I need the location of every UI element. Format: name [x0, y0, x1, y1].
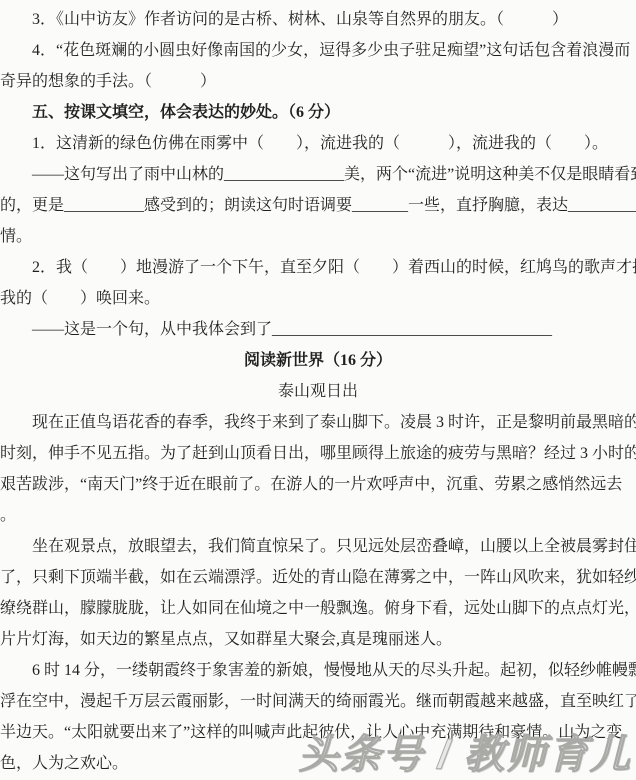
question-4-line-1: 4．“花色斑斓的小圆虫好像南国的少女，逗得多少虫子驻足痴望”这句话包含着浪漫而 [0, 35, 636, 66]
essay-para-2-line-4: 片片灯海，如天边的繁星点点，又如群星大聚会,真是瑰丽迷人。 [0, 624, 636, 655]
essay-para-3-line-4: 色，人为之欢心。 [0, 748, 636, 779]
essay-para-2-line-2: 了，只剩下顶端半截，如在云端漂浮。近处的青山隐在薄雾之中，一阵山风吹来，犹如轻纱 [0, 562, 636, 593]
essay-para-3-line-2: 浮在空中，漫起千万层云霞丽影，一时间满天的绮丽霞光。继而朝霞越来越盛，直至映红了 [0, 686, 636, 717]
fill-blank-2-note: ——这是一个句，从中我体会到了_________________________… [0, 314, 636, 345]
fill-blank-2-line-2: 我的（ ）唤回来。 [0, 283, 636, 314]
essay-para-1-line-2: 时刻，伸手不见五指。为了赶到山顶看日出，哪里顾得上旅途的疲劳与黑暗？经过 3 小… [0, 438, 636, 469]
fill-blank-1-note-1: ——这句写出了雨中山林的_______________美，两个“流进”说明这种美… [0, 159, 636, 190]
essay-para-3-line-1: 6 时 14 分，一缕朝霞终于象害羞的新娘，慢慢地从天的尽头升起。起初，似轻纱帷… [0, 655, 636, 686]
fill-blank-1-note-3: 情。 [0, 221, 636, 252]
essay-para-1-line-4: 。 [0, 500, 636, 531]
fill-blank-1-note-2: 的，更是__________感受到的；朗读这句时语调要_______一些，直抒胸… [0, 190, 636, 221]
essay-para-3-line-3: 半边天。“太阳就要出来了”这样的叫喊声此起彼伏，让人心中充满期待和豪情。山为之变 [0, 717, 636, 748]
fill-blank-1-line: 1．这清新的绿色仿佛在雨雾中（ ），流进我的（ ），流进我的（ ）。 [0, 128, 636, 159]
essay-para-2-line-1: 坐在观景点，放眼望去，我们简直惊呆了。只见远处层峦叠嶂，山腰以上全被晨雾封住 [0, 531, 636, 562]
essay-title: 泰山观日出 [0, 376, 636, 407]
section-5-heading: 五、按课文填空，体会表达的妙处。（6 分） [0, 97, 636, 128]
exam-paper-page: 3．《山中访友》作者访问的是古桥、树林、山泉等自然界的朋友。（ ） 4．“花色斑… [0, 0, 636, 780]
essay-para-1-line-3: 艰苦跋涉，“南天门”终于近在眼前了。在游人的一片欢呼声中，沉重、劳累之感悄然远去 [0, 469, 636, 500]
exam-document: 3．《山中访友》作者访问的是古桥、树林、山泉等自然界的朋友。（ ） 4．“花色斑… [0, 0, 636, 779]
question-3-line: 3．《山中访友》作者访问的是古桥、树林、山泉等自然界的朋友。（ ） [0, 4, 636, 35]
reading-section-heading: 阅读新世界（16 分） [0, 345, 636, 376]
fill-blank-2-line-1: 2．我（ ）地漫游了一个下午，直至夕阳（ ）着西山的时候，红鸠鸟的歌声才把 [0, 252, 636, 283]
essay-para-1-line-1: 现在正值鸟语花香的春季，我终于来到了泰山脚下。凌晨 3 时许，正是黎明前最黑暗的 [0, 407, 636, 438]
essay-para-2-line-3: 缭绕群山，朦朦胧胧，让人如同在仙境之中一般飘逸。俯身下看，远处山脚下的点点灯光， [0, 593, 636, 624]
question-4-line-2: 奇异的想象的手法。（ ） [0, 66, 636, 97]
